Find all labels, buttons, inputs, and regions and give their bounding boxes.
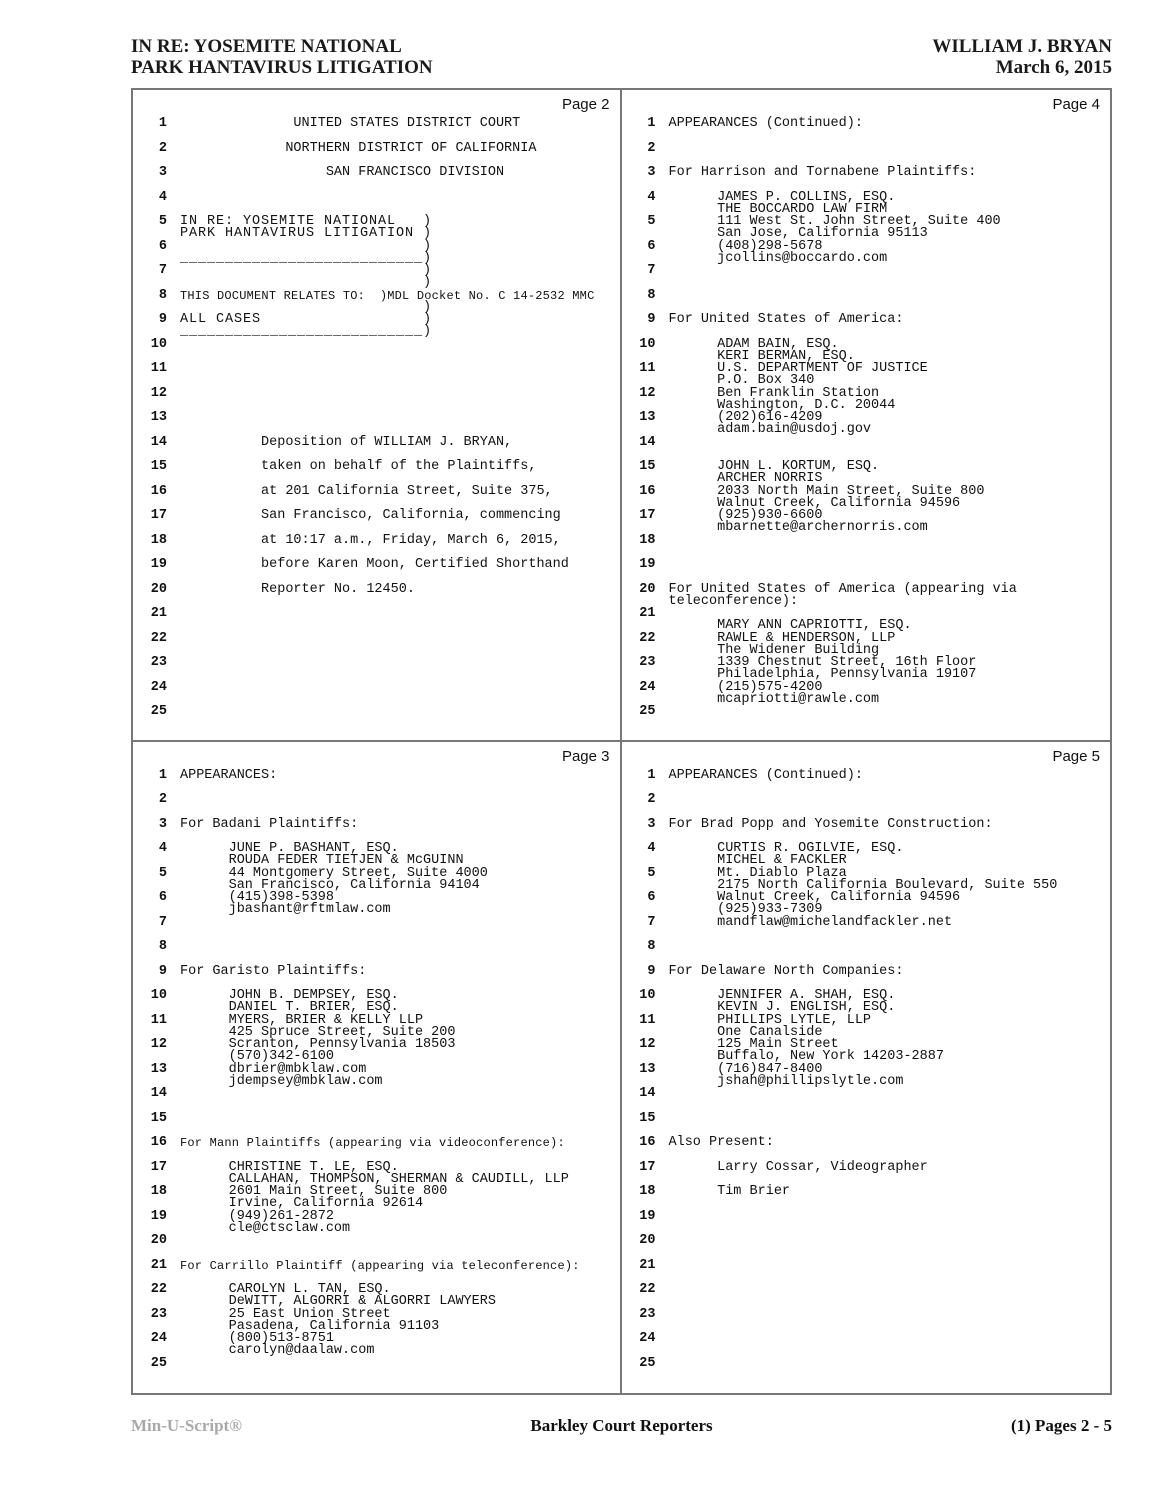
transcript-line: 21 MARY ANN CAPRIOTTI, ESQ. bbox=[622, 608, 1111, 633]
line-text: before Karen Moon, Certified Shorthand bbox=[180, 559, 569, 584]
line-text: RAWLE & HENDERSON, LLP The Widener Build… bbox=[669, 633, 896, 658]
page-number-label: Page 3 bbox=[133, 746, 620, 768]
transcript-line: 17 Larry Cossar, Videographer bbox=[622, 1162, 1111, 1187]
line-text: taken on behalf of the Plaintiffs, bbox=[180, 461, 536, 486]
line-text: For Carrillo Plaintiff (appearing via te… bbox=[180, 1260, 580, 1285]
transcript-line: 2 NORTHERN DISTRICT OF CALIFORNIA bbox=[133, 143, 620, 168]
transcript-line: 7 bbox=[622, 265, 1111, 290]
transcript-line: 1APPEARANCES (Continued): bbox=[622, 118, 1111, 143]
line-text: SAN FRANCISCO DIVISION bbox=[180, 167, 504, 192]
text-row: For United States of America: bbox=[669, 314, 904, 326]
transcript-line: 18 Tim Brier bbox=[622, 1186, 1111, 1211]
line-text: at 201 California Street, Suite 375, bbox=[180, 486, 553, 511]
line-number: 17 bbox=[622, 510, 656, 535]
line-text: Scranton, Pennsylvania 18503 (570)342-61… bbox=[180, 1039, 455, 1064]
transcript-line: 21For Carrillo Plaintiff (appearing via … bbox=[133, 1260, 620, 1285]
transcript-line: 8THIS DOCUMENT RELATES TO: )MDL Docket N… bbox=[133, 290, 620, 315]
transcript-page-3: Page 3 1APPEARANCES:23For Badani Plainti… bbox=[133, 742, 622, 1394]
line-number: 25 bbox=[133, 706, 167, 731]
transcript-line: 9For Delaware North Companies: bbox=[622, 966, 1111, 991]
line-text: San Francisco, California, commencing bbox=[180, 510, 561, 535]
transcript-line: 22 CAROLYN L. TAN, ESQ. DeWITT, ALGORRI … bbox=[133, 1284, 620, 1309]
transcript-line: 16 2033 North Main Street, Suite 800 Wal… bbox=[622, 486, 1111, 511]
text-row: For Carrillo Plaintiff (appearing via te… bbox=[180, 1260, 580, 1272]
text-row: For Harrison and Tornabene Plaintiffs: bbox=[669, 167, 977, 179]
line-text: APPEARANCES (Continued): bbox=[669, 118, 863, 143]
line-text: Tim Brier bbox=[669, 1186, 791, 1211]
line-text: JOHN B. DEMPSEY, ESQ. DANIEL T. BRIER, E… bbox=[180, 990, 399, 1015]
line-number: 4 bbox=[133, 192, 167, 217]
text-row: Deposition of WILLIAM J. BRYAN, bbox=[180, 437, 512, 449]
text-row: For Brad Popp and Yosemite Construction: bbox=[669, 819, 993, 831]
line-text: mandflaw@michelandfackler.net bbox=[669, 917, 953, 942]
text-row: APPEARANCES: bbox=[180, 770, 277, 782]
line-number: 16 bbox=[133, 486, 167, 511]
text-row: San Francisco, California, commencing bbox=[180, 510, 561, 522]
transcript-line: 19 bbox=[622, 559, 1111, 584]
line-number: 6 bbox=[622, 241, 656, 266]
line-text: THIS DOCUMENT RELATES TO: )MDL Docket No… bbox=[180, 290, 594, 315]
line-number: 18 bbox=[133, 535, 167, 560]
transcript-line: 23 bbox=[622, 1309, 1111, 1334]
text-row: For Mann Plaintiffs (appearing via video… bbox=[180, 1137, 565, 1149]
line-number: 14 bbox=[133, 1088, 167, 1113]
transcript-line: 15 bbox=[622, 1113, 1111, 1138]
text-row: ) bbox=[180, 277, 432, 289]
line-text: APPEARANCES: bbox=[180, 770, 277, 795]
minuscript-brand: Min-U-Script® bbox=[131, 1416, 458, 1436]
line-text: For Mann Plaintiffs (appearing via video… bbox=[180, 1137, 565, 1162]
transcript-line: 7 bbox=[133, 917, 620, 942]
transcript-line: 16For Mann Plaintiffs (appearing via vid… bbox=[133, 1137, 620, 1162]
transcript-line: 13 dbrier@mbklaw.com jdempsey@mbklaw.com bbox=[133, 1064, 620, 1089]
transcript-line: 5 Mt. Diablo Plaza 2175 North California… bbox=[622, 868, 1111, 893]
line-number: 1 bbox=[133, 118, 167, 143]
line-number: 23 bbox=[622, 1309, 656, 1334]
transcript-lines: 1APPEARANCES (Continued):23For Harrison … bbox=[622, 118, 1111, 731]
case-title-line2: PARK HANTAVIRUS LITIGATION bbox=[131, 57, 433, 78]
line-number: 17 bbox=[133, 510, 167, 535]
text-row: adam.bain@usdoj.gov bbox=[669, 424, 872, 436]
line-text: For United States of America: bbox=[669, 314, 904, 339]
line-text: For Harrison and Tornabene Plaintiffs: bbox=[669, 167, 977, 192]
transcript-lines: 1APPEARANCES:23For Badani Plaintiffs:4 J… bbox=[133, 770, 620, 1383]
line-number: 1 bbox=[622, 118, 656, 143]
transcript-line: 24 (215)575-4200 mcapriotti@rawle.com bbox=[622, 682, 1111, 707]
transcript-line: 24 (800)513-8751 carolyn@daalaw.com bbox=[133, 1333, 620, 1358]
line-text: UNITED STATES DISTRICT COURT bbox=[180, 118, 520, 143]
page-range-label: (1) Pages 2 - 5 bbox=[785, 1416, 1112, 1436]
transcript-line: 23 bbox=[133, 657, 620, 682]
line-number: 22 bbox=[133, 633, 167, 658]
line-number: 23 bbox=[133, 1309, 167, 1334]
text-row: mcapriotti@rawle.com bbox=[669, 694, 880, 706]
text-row: teleconference): bbox=[669, 596, 1017, 608]
line-number: 21 bbox=[133, 608, 167, 633]
line-number: 17 bbox=[133, 1162, 167, 1187]
transcript-line: 10 JOHN B. DEMPSEY, ESQ. DANIEL T. BRIER… bbox=[133, 990, 620, 1015]
transcript-line: 15 bbox=[133, 1113, 620, 1138]
text-row: at 10:17 a.m., Friday, March 6, 2015, bbox=[180, 535, 561, 547]
line-text: (415)398-5398 jbashant@rftmlaw.com bbox=[180, 892, 391, 917]
transcript-line: 12 125 Main Street Buffalo, New York 142… bbox=[622, 1039, 1111, 1064]
line-text: Walnut Creek, California 94596 (925)933-… bbox=[669, 892, 961, 917]
line-text: Also Present: bbox=[669, 1137, 774, 1162]
transcript-sheet: IN RE: YOSEMITE NATIONAL PARK HANTAVIRUS… bbox=[0, 0, 1156, 1496]
line-number: 8 bbox=[133, 290, 167, 315]
line-number: 12 bbox=[622, 388, 656, 413]
line-text: )___________________________) bbox=[180, 241, 432, 266]
text-row: jdempsey@mbklaw.com bbox=[180, 1076, 383, 1088]
text-row: For Badani Plaintiffs: bbox=[180, 819, 358, 831]
page-number-label: Page 4 bbox=[622, 94, 1111, 116]
line-number: 25 bbox=[622, 1358, 656, 1383]
transcript-line: 6 )___________________________) bbox=[133, 241, 620, 266]
transcript-line: 16Also Present: bbox=[622, 1137, 1111, 1162]
line-text: PHILLIPS LYTLE, LLP One Canalside bbox=[669, 1015, 872, 1040]
transcript-line: 15 taken on behalf of the Plaintiffs, bbox=[133, 461, 620, 486]
line-number: 20 bbox=[622, 1235, 656, 1260]
text-row: Also Present: bbox=[669, 1137, 774, 1149]
text-row: taken on behalf of the Plaintiffs, bbox=[180, 461, 536, 473]
line-text: JAMES P. COLLINS, ESQ. THE BOCCARDO LAW … bbox=[669, 192, 896, 217]
transcript-line: 12 Scranton, Pennsylvania 18503 (570)342… bbox=[133, 1039, 620, 1064]
text-row: jbashant@rftmlaw.com bbox=[180, 904, 391, 916]
transcript-line: 4 JUNE P. BASHANT, ESQ. ROUDA FEDER TIET… bbox=[133, 843, 620, 868]
text-row: before Karen Moon, Certified Shorthand bbox=[180, 559, 569, 571]
line-text: Deposition of WILLIAM J. BRYAN, bbox=[180, 437, 512, 462]
transcript-line: 12 Ben Franklin Station Washington, D.C.… bbox=[622, 388, 1111, 413]
transcript-line: 11 PHILLIPS LYTLE, LLP One Canalside bbox=[622, 1015, 1111, 1040]
text-row: cle@ctsclaw.com bbox=[180, 1223, 350, 1235]
line-number: 21 bbox=[622, 1260, 656, 1285]
transcript-line: 2 bbox=[622, 143, 1111, 168]
text-row: at 201 California Street, Suite 375, bbox=[180, 486, 553, 498]
line-number: 16 bbox=[622, 486, 656, 511]
transcript-line: 5 44 Montgomery Street, Suite 4000 San F… bbox=[133, 868, 620, 893]
text-row: mbarnette@archernorris.com bbox=[669, 522, 928, 534]
case-title: IN RE: YOSEMITE NATIONAL PARK HANTAVIRUS… bbox=[131, 36, 433, 78]
line-text: 125 Main Street Buffalo, New York 14203-… bbox=[669, 1039, 944, 1064]
line-number: 19 bbox=[622, 1211, 656, 1236]
text-row: APPEARANCES (Continued): bbox=[669, 118, 863, 130]
line-text: Larry Cossar, Videographer bbox=[669, 1162, 928, 1187]
page-number-label: Page 5 bbox=[622, 746, 1111, 768]
transcript-line: 11 U.S. DEPARTMENT OF JUSTICE P.O. Box 3… bbox=[622, 363, 1111, 388]
transcript-line: 14 bbox=[133, 1088, 620, 1113]
line-number: 6 bbox=[133, 241, 167, 266]
transcript-line: 13 (202)616-4209 adam.bain@usdoj.gov bbox=[622, 412, 1111, 437]
line-text: (408)298-5678 jcollins@boccardo.com bbox=[669, 241, 888, 266]
line-number: 3 bbox=[133, 819, 167, 844]
line-number: 7 bbox=[622, 265, 656, 290]
line-number: 21 bbox=[622, 608, 656, 633]
transcript-line: 17 San Francisco, California, commencing bbox=[133, 510, 620, 535]
text-row: SAN FRANCISCO DIVISION bbox=[180, 167, 504, 179]
transcript-line: 19 bbox=[622, 1211, 1111, 1236]
line-number: 5 bbox=[622, 868, 656, 893]
line-number: 11 bbox=[622, 363, 656, 388]
transcript-line: 20 bbox=[133, 1235, 620, 1260]
transcript-line: 2 bbox=[622, 794, 1111, 819]
transcript-line: 8 bbox=[622, 290, 1111, 315]
transcript-line: 21 bbox=[133, 608, 620, 633]
line-number: 25 bbox=[622, 706, 656, 731]
transcript-line: 20For United States of America (appearin… bbox=[622, 584, 1111, 609]
line-number: 18 bbox=[622, 1186, 656, 1211]
line-number: 19 bbox=[133, 559, 167, 584]
court-reporter-name: Barkley Court Reporters bbox=[458, 1416, 785, 1436]
transcript-line: 8 bbox=[622, 941, 1111, 966]
line-number: 10 bbox=[622, 339, 656, 364]
line-number: 15 bbox=[133, 461, 167, 486]
transcript-line: 25 bbox=[133, 706, 620, 731]
transcript-line: 4 JAMES P. COLLINS, ESQ. THE BOCCARDO LA… bbox=[622, 192, 1111, 217]
line-number: 11 bbox=[622, 1015, 656, 1040]
line-text: For Badani Plaintiffs: bbox=[180, 819, 358, 844]
line-number: 9 bbox=[133, 966, 167, 991]
line-number: 17 bbox=[622, 1162, 656, 1187]
line-number: 20 bbox=[133, 584, 167, 609]
transcript-line: 10 JENNIFER A. SHAH, ESQ. KEVIN J. ENGLI… bbox=[622, 990, 1111, 1015]
line-number: 4 bbox=[622, 843, 656, 868]
line-text: MARY ANN CAPRIOTTI, ESQ. bbox=[669, 608, 912, 633]
line-number: 4 bbox=[133, 843, 167, 868]
transcript-line: 19 before Karen Moon, Certified Shorthan… bbox=[133, 559, 620, 584]
line-text: (215)575-4200 mcapriotti@rawle.com bbox=[669, 682, 880, 707]
transcript-line: 25 bbox=[133, 1358, 620, 1383]
line-text: For Garisto Plaintiffs: bbox=[180, 966, 366, 991]
transcript-line: 14 bbox=[622, 1088, 1111, 1113]
transcript-line: 17 CHRISTINE T. LE, ESQ. CALLAHAN, THOMP… bbox=[133, 1162, 620, 1187]
transcript-lines: 1 UNITED STATES DISTRICT COURT2 NORTHERN… bbox=[133, 118, 620, 731]
line-number: 19 bbox=[133, 1211, 167, 1236]
page-footer: Min-U-Script® Barkley Court Reporters (1… bbox=[131, 1416, 1112, 1436]
text-row: jshah@phillipslytle.com bbox=[669, 1076, 904, 1088]
case-title-line1: IN RE: YOSEMITE NATIONAL bbox=[131, 36, 433, 57]
text-row: For Delaware North Companies: bbox=[669, 966, 904, 978]
line-number: 3 bbox=[622, 167, 656, 192]
transcript-line: 5IN RE: YOSEMITE NATIONAL )PARK HANTAVIR… bbox=[133, 216, 620, 241]
line-number: 8 bbox=[133, 941, 167, 966]
line-number: 5 bbox=[622, 216, 656, 241]
line-number: 18 bbox=[133, 1186, 167, 1211]
transcript-line: 4 bbox=[133, 192, 620, 217]
line-text: Mt. Diablo Plaza 2175 North California B… bbox=[669, 868, 1058, 893]
transcript-line: 24 bbox=[133, 682, 620, 707]
line-number: 5 bbox=[133, 216, 167, 241]
line-number: 3 bbox=[133, 167, 167, 192]
line-number: 9 bbox=[622, 966, 656, 991]
transcript-line: 17 (925)930-6600 mbarnette@archernorris.… bbox=[622, 510, 1111, 535]
line-number: 20 bbox=[622, 584, 656, 609]
page-header: IN RE: YOSEMITE NATIONAL PARK HANTAVIRUS… bbox=[131, 36, 1112, 78]
transcript-line: 8 bbox=[133, 941, 620, 966]
line-text: ALL CASES )___________________________) bbox=[180, 314, 432, 339]
line-number: 22 bbox=[622, 1284, 656, 1309]
transcript-page-4: Page 4 1APPEARANCES (Continued):23For Ha… bbox=[622, 90, 1111, 742]
line-text: (925)930-6600 mbarnette@archernorris.com bbox=[669, 510, 928, 535]
line-text: CURTIS R. OGILVIE, ESQ. MICHEL & FACKLER bbox=[669, 843, 904, 868]
text-row: Larry Cossar, Videographer bbox=[669, 1162, 928, 1174]
witness-header: WILLIAM J. BRYAN March 6, 2015 bbox=[932, 36, 1112, 78]
deposition-date: March 6, 2015 bbox=[932, 57, 1112, 78]
transcript-line: 22 bbox=[133, 633, 620, 658]
transcript-line: 15 JOHN L. KORTUM, ESQ. ARCHER NORRIS bbox=[622, 461, 1111, 486]
transcript-line: 4 CURTIS R. OGILVIE, ESQ. MICHEL & FACKL… bbox=[622, 843, 1111, 868]
line-text: Reporter No. 12450. bbox=[180, 584, 415, 609]
line-number: 24 bbox=[622, 682, 656, 707]
line-text: For Delaware North Companies: bbox=[669, 966, 904, 991]
line-number: 9 bbox=[133, 314, 167, 339]
line-number: 25 bbox=[133, 1358, 167, 1383]
four-up-transcript-grid: Page 2 1 UNITED STATES DISTRICT COURT2 N… bbox=[131, 88, 1112, 1395]
text-row: ___________________________) bbox=[180, 326, 432, 338]
line-text: 44 Montgomery Street, Suite 4000 San Fra… bbox=[180, 868, 488, 893]
transcript-line: 10 ADAM BAIN, ESQ. KERI BERMAN, ESQ. bbox=[622, 339, 1111, 364]
transcript-line: 11 bbox=[133, 363, 620, 388]
line-number: 5 bbox=[133, 868, 167, 893]
line-number: 2 bbox=[622, 794, 656, 819]
line-number: 4 bbox=[622, 192, 656, 217]
transcript-line: 3 SAN FRANCISCO DIVISION bbox=[133, 167, 620, 192]
line-text: (800)513-8751 carolyn@daalaw.com bbox=[180, 1333, 374, 1358]
transcript-line: 1 UNITED STATES DISTRICT COURT bbox=[133, 118, 620, 143]
line-text: ) ) bbox=[180, 265, 432, 290]
line-number: 10 bbox=[133, 990, 167, 1015]
line-text: JUNE P. BASHANT, ESQ. ROUDA FEDER TIETJE… bbox=[180, 843, 464, 868]
line-text: CHRISTINE T. LE, ESQ. CALLAHAN, THOMPSON… bbox=[180, 1162, 569, 1187]
line-number: 13 bbox=[133, 412, 167, 437]
transcript-line: 18 at 10:17 a.m., Friday, March 6, 2015, bbox=[133, 535, 620, 560]
transcript-line: 7 mandflaw@michelandfackler.net bbox=[622, 917, 1111, 942]
line-text: ADAM BAIN, ESQ. KERI BERMAN, ESQ. bbox=[669, 339, 855, 364]
transcript-line: 10 bbox=[133, 339, 620, 364]
line-text: 1339 Chestnut Street, 16th Floor Philade… bbox=[669, 657, 977, 682]
page-number-label: Page 2 bbox=[133, 94, 620, 116]
line-number: 2 bbox=[133, 794, 167, 819]
line-number: 7 bbox=[133, 265, 167, 290]
transcript-line: 6 (408)298-5678 jcollins@boccardo.com bbox=[622, 241, 1111, 266]
transcript-line: 23 25 East Union Street Pasadena, Califo… bbox=[133, 1309, 620, 1334]
transcript-line: 16 at 201 California Street, Suite 375, bbox=[133, 486, 620, 511]
line-text: dbrier@mbklaw.com jdempsey@mbklaw.com bbox=[180, 1064, 383, 1089]
line-number: 1 bbox=[133, 770, 167, 795]
transcript-line: 3For Badani Plaintiffs: bbox=[133, 819, 620, 844]
transcript-line: 20 Reporter No. 12450. bbox=[133, 584, 620, 609]
line-number: 2 bbox=[133, 143, 167, 168]
line-number: 8 bbox=[622, 941, 656, 966]
line-number: 14 bbox=[622, 437, 656, 462]
line-number: 19 bbox=[622, 559, 656, 584]
line-text: CAROLYN L. TAN, ESQ. DeWITT, ALGORRI & A… bbox=[180, 1284, 496, 1309]
transcript-line: 24 bbox=[622, 1333, 1111, 1358]
transcript-line: 7 ) ) bbox=[133, 265, 620, 290]
line-number: 12 bbox=[622, 1039, 656, 1064]
text-row: mandflaw@michelandfackler.net bbox=[669, 917, 953, 929]
line-text: (949)261-2872 cle@ctsclaw.com bbox=[180, 1211, 350, 1236]
text-row: carolyn@daalaw.com bbox=[180, 1345, 374, 1357]
text-row: Reporter No. 12450. bbox=[180, 584, 415, 596]
line-text: JENNIFER A. SHAH, ESQ. KEVIN J. ENGLISH,… bbox=[669, 990, 896, 1015]
line-number: 6 bbox=[133, 892, 167, 917]
line-number: 9 bbox=[622, 314, 656, 339]
transcript-line: 2 bbox=[133, 794, 620, 819]
text-row: UNITED STATES DISTRICT COURT bbox=[180, 118, 520, 130]
line-text: For United States of America (appearing … bbox=[669, 584, 1017, 609]
line-text: (202)616-4209 adam.bain@usdoj.gov bbox=[669, 412, 872, 437]
line-number: 20 bbox=[133, 1235, 167, 1260]
witness-name: WILLIAM J. BRYAN bbox=[932, 36, 1112, 57]
transcript-line: 23 1339 Chestnut Street, 16th Floor Phil… bbox=[622, 657, 1111, 682]
transcript-line: 5 111 West St. John Street, Suite 400 Sa… bbox=[622, 216, 1111, 241]
line-text: Ben Franklin Station Washington, D.C. 20… bbox=[669, 388, 896, 413]
line-number: 24 bbox=[133, 1333, 167, 1358]
line-number: 7 bbox=[622, 917, 656, 942]
line-number: 15 bbox=[622, 461, 656, 486]
transcript-line: 1APPEARANCES (Continued): bbox=[622, 770, 1111, 795]
transcript-line: 20 bbox=[622, 1235, 1111, 1260]
transcript-page-5: Page 5 1APPEARANCES (Continued):23For Br… bbox=[622, 742, 1111, 1394]
transcript-line: 9ALL CASES )___________________________) bbox=[133, 314, 620, 339]
line-text: U.S. DEPARTMENT OF JUSTICE P.O. Box 340 bbox=[669, 363, 928, 388]
line-number: 11 bbox=[133, 363, 167, 388]
line-number: 14 bbox=[622, 1088, 656, 1113]
line-text: APPEARANCES (Continued): bbox=[669, 770, 863, 795]
line-text: NORTHERN DISTRICT OF CALIFORNIA bbox=[180, 143, 536, 168]
text-row: Tim Brier bbox=[669, 1186, 791, 1198]
line-text: 111 West St. John Street, Suite 400 San … bbox=[669, 216, 1001, 241]
transcript-line: 13 bbox=[133, 412, 620, 437]
line-number: 10 bbox=[622, 990, 656, 1015]
text-row: NORTHERN DISTRICT OF CALIFORNIA bbox=[180, 143, 536, 155]
line-text: JOHN L. KORTUM, ESQ. ARCHER NORRIS bbox=[669, 461, 880, 486]
line-text: at 10:17 a.m., Friday, March 6, 2015, bbox=[180, 535, 561, 560]
transcript-lines: 1APPEARANCES (Continued):23For Brad Popp… bbox=[622, 770, 1111, 1383]
transcript-line: 18 bbox=[622, 535, 1111, 560]
line-number: 12 bbox=[133, 1039, 167, 1064]
transcript-line: 22 RAWLE & HENDERSON, LLP The Widener Bu… bbox=[622, 633, 1111, 658]
transcript-line: 1APPEARANCES: bbox=[133, 770, 620, 795]
line-number: 24 bbox=[622, 1333, 656, 1358]
transcript-line: 21 bbox=[622, 1260, 1111, 1285]
line-number: 12 bbox=[133, 388, 167, 413]
line-number: 13 bbox=[622, 412, 656, 437]
line-number: 10 bbox=[133, 339, 167, 364]
line-number: 3 bbox=[622, 819, 656, 844]
line-number: 22 bbox=[133, 1284, 167, 1309]
line-number: 1 bbox=[622, 770, 656, 795]
transcript-line: 18 2601 Main Street, Suite 800 Irvine, C… bbox=[133, 1186, 620, 1211]
line-number: 22 bbox=[622, 633, 656, 658]
line-number: 16 bbox=[133, 1137, 167, 1162]
line-text: 25 East Union Street Pasadena, Californi… bbox=[180, 1309, 439, 1334]
line-number: 16 bbox=[622, 1137, 656, 1162]
line-text: 2601 Main Street, Suite 800 Irvine, Cali… bbox=[180, 1186, 447, 1211]
transcript-line: 6 Walnut Creek, California 94596 (925)93… bbox=[622, 892, 1111, 917]
line-number: 13 bbox=[622, 1064, 656, 1089]
transcript-line: 19 (949)261-2872 cle@ctsclaw.com bbox=[133, 1211, 620, 1236]
line-number: 23 bbox=[622, 657, 656, 682]
line-text: (716)847-8400 jshah@phillipslytle.com bbox=[669, 1064, 904, 1089]
transcript-line: 14 Deposition of WILLIAM J. BRYAN, bbox=[133, 437, 620, 462]
transcript-line: 3For Brad Popp and Yosemite Construction… bbox=[622, 819, 1111, 844]
line-number: 2 bbox=[622, 143, 656, 168]
line-text: 2033 North Main Street, Suite 800 Walnut… bbox=[669, 486, 985, 511]
line-text: For Brad Popp and Yosemite Construction: bbox=[669, 819, 993, 844]
line-number: 21 bbox=[133, 1260, 167, 1285]
transcript-line: 12 bbox=[133, 388, 620, 413]
